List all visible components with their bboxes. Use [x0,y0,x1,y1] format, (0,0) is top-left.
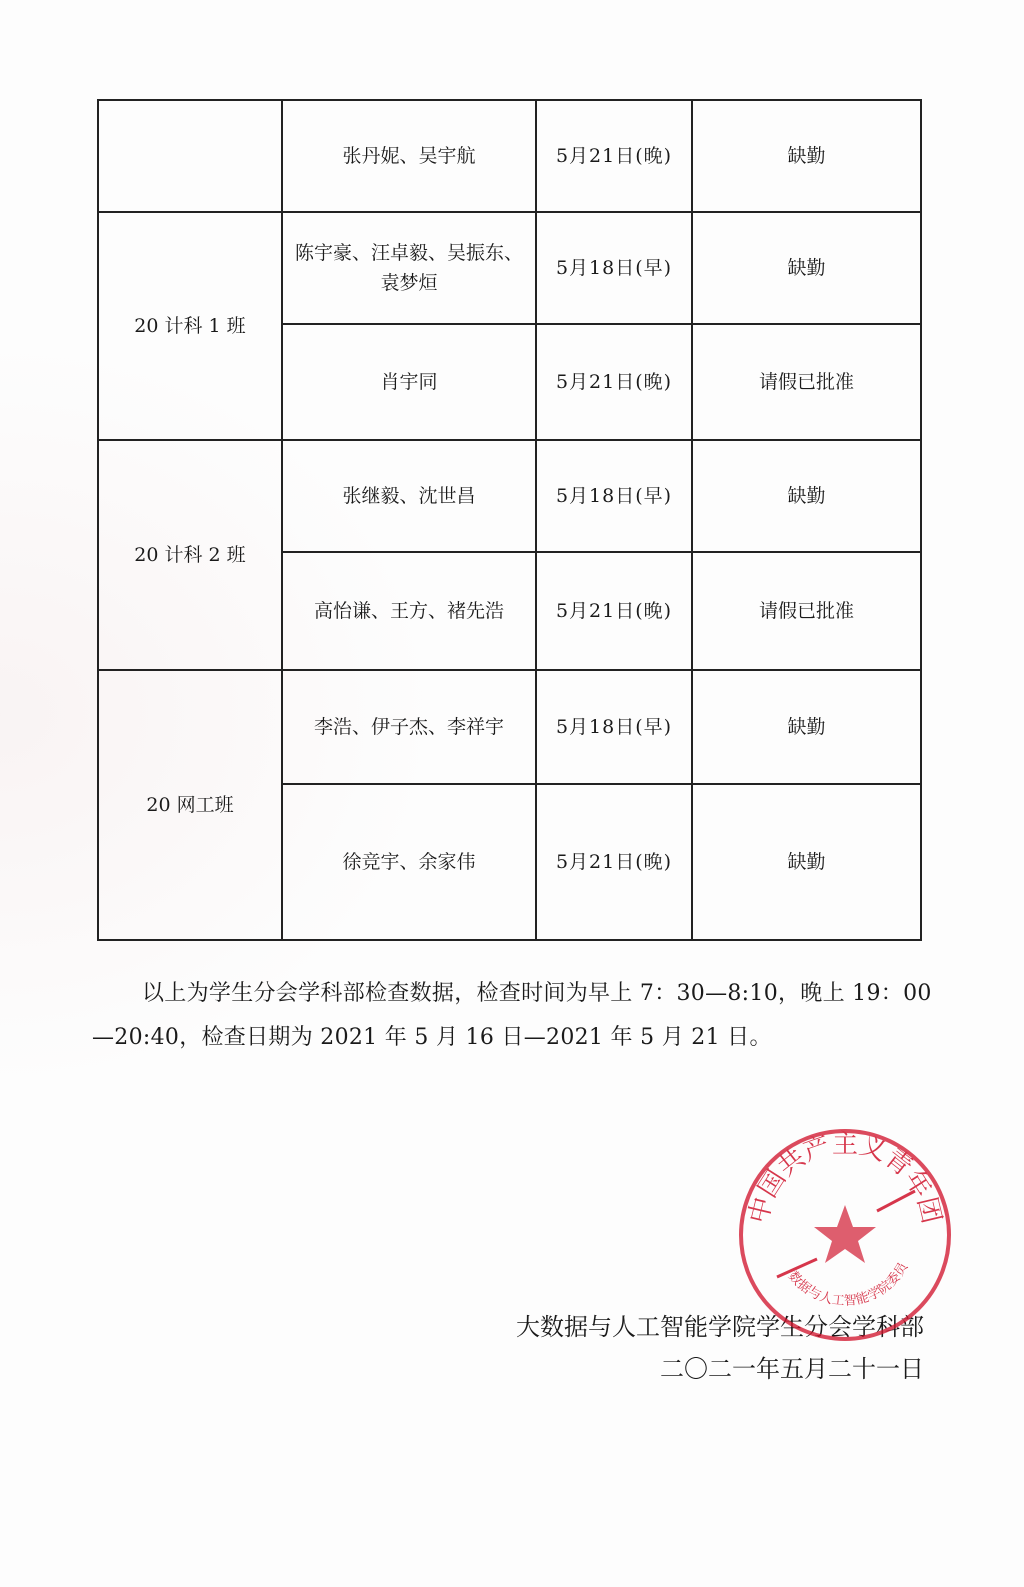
svg-text:中国共产主义青年团: 中国共产主义青年团 [744,1129,947,1226]
status-cell: 缺勤 [692,784,921,940]
status-cell: 缺勤 [692,440,921,552]
table-row: 20 计科 1 班 陈宇豪、汪卓毅、吴振东、袁梦烜 5月18日(早) 缺勤 [98,212,921,324]
class-cell [98,100,282,212]
svg-text:大数据与人工智能学院委员会: 大数据与人工智能学院委员会 [737,1127,912,1309]
class-cell: 20 计科 1 班 [98,212,282,440]
names-cell: 陈宇豪、汪卓毅、吴振东、袁梦烜 [282,212,536,324]
date-cell: 5月21日(晚) [536,784,692,940]
date-cell: 5月21日(晚) [536,100,692,212]
class-cell: 20 计科 2 班 [98,440,282,670]
status-cell: 缺勤 [692,212,921,324]
status-cell: 缺勤 [692,100,921,212]
date-cell: 5月21日(晚) [536,324,692,440]
table-row: 张丹妮、吴宇航 5月21日(晚) 缺勤 [98,100,921,212]
names-cell: 李浩、伊子杰、李祥宇 [282,670,536,784]
table-row: 20 计科 2 班 张继毅、沈世昌 5月18日(早) 缺勤 [98,440,921,552]
signature-organization: 大数据与人工智能学院学生分会学科部 [516,1306,924,1348]
signature-date: 二〇二一年五月二十一日 [516,1348,924,1390]
date-cell: 5月18日(早) [536,440,692,552]
names-cell: 肖宇同 [282,324,536,440]
names-cell: 张丹妮、吴宇航 [282,100,536,212]
stamp-top-text: 中国共产主义青年团 [744,1129,947,1226]
stamp-bottom-text: 大数据与人工智能学院委员会 [737,1127,912,1309]
status-cell: 请假已批准 [692,324,921,440]
names-cell: 张继毅、沈世昌 [282,440,536,552]
star-icon [814,1205,876,1263]
attendance-table: 张丹妮、吴宇航 5月21日(晚) 缺勤 20 计科 1 班 陈宇豪、汪卓毅、吴振… [97,99,922,941]
date-cell: 5月21日(晚) [536,552,692,670]
status-cell: 请假已批准 [692,552,921,670]
table-row: 20 网工班 李浩、伊子杰、李祥宇 5月18日(早) 缺勤 [98,670,921,784]
status-cell: 缺勤 [692,670,921,784]
date-cell: 5月18日(早) [536,670,692,784]
names-cell: 徐竞宇、余家伟 [282,784,536,940]
class-cell: 20 网工班 [98,670,282,940]
signature-block: 大数据与人工智能学院学生分会学科部 二〇二一年五月二十一日 [516,1306,924,1390]
inspection-note: 以上为学生分会学科部检查数据，检查时间为早上 7：30—8:10，晚上 19：0… [92,972,932,1060]
date-cell: 5月18日(早) [536,212,692,324]
names-cell: 高怡谦、王方、褚先浩 [282,552,536,670]
